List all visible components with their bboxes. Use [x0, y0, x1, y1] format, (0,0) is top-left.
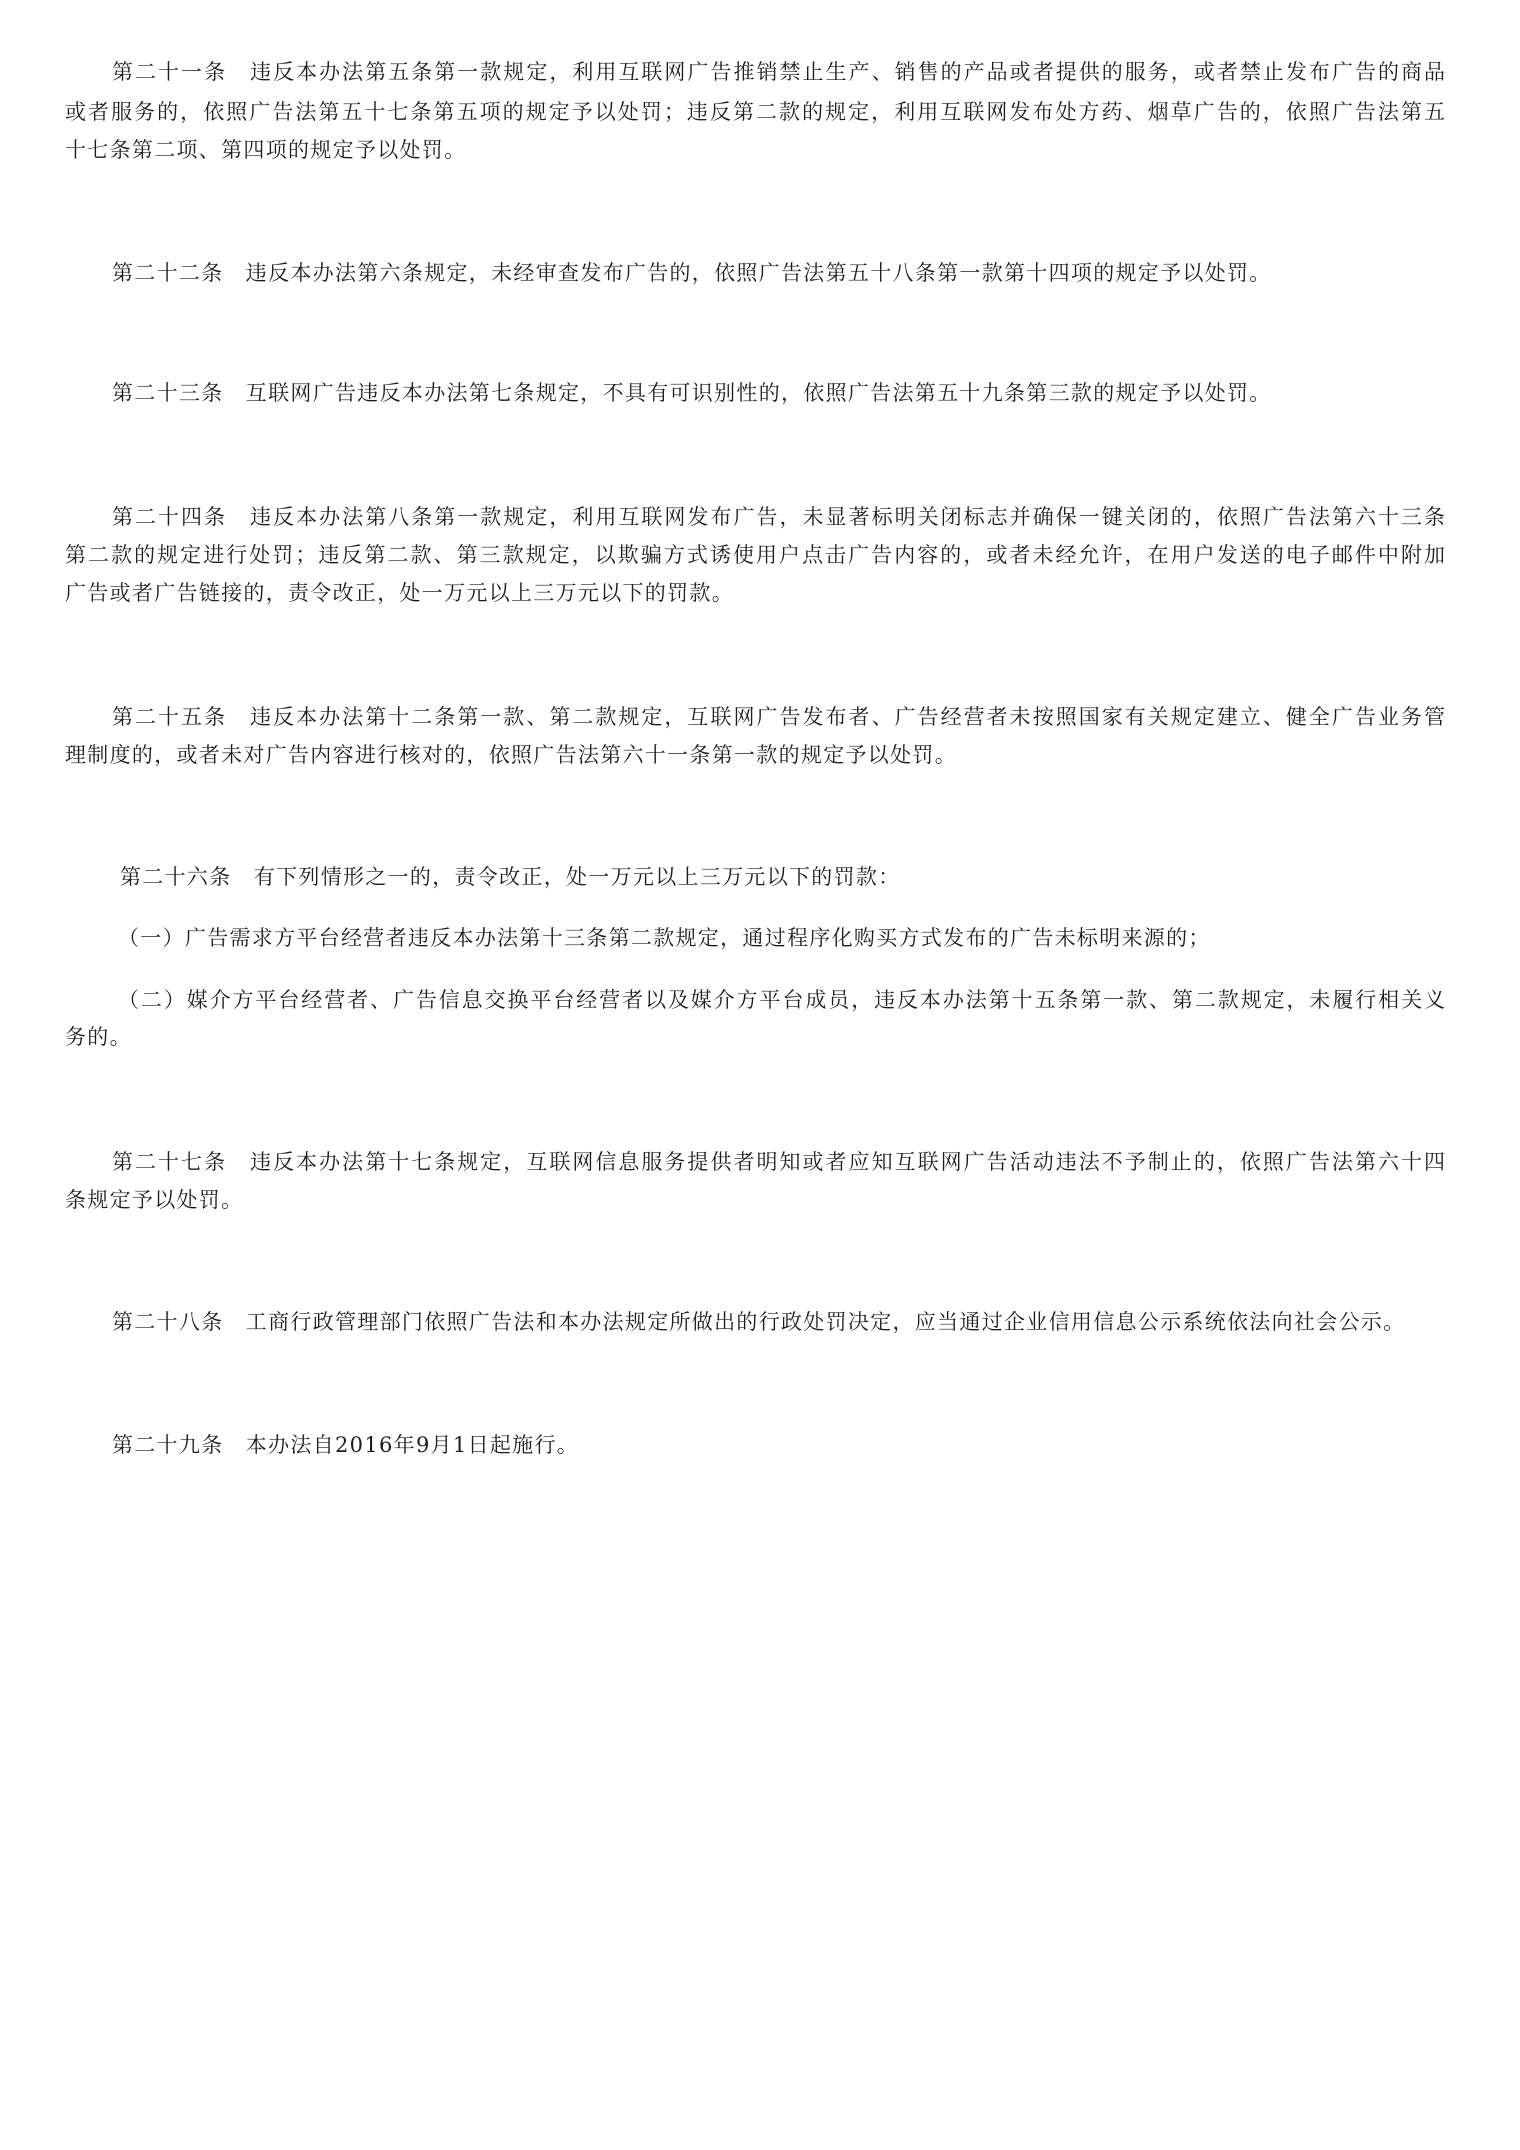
article-21-line-2: 或者服务的，依照广告法第五十七条第五项的规定予以处罚；违反第二款的规定，利用互联… — [65, 97, 1445, 127]
document-page: 第二十一条 违反本办法第五条第一款规定，利用互联网广告推销禁止生产、销售的产品或… — [0, 0, 1520, 2150]
article-22-line-1: 第二十二条 违反本办法第六条规定，未经审查发布广告的，依照广告法第五十八条第一款… — [112, 258, 1272, 288]
article-26-item-2-line-1: （二）媒介方平台经营者、广告信息交换平台经营者以及媒介方平台成员，违反本办法第十… — [118, 985, 1445, 1015]
article-26-item-2-line-2: 务的。 — [65, 1022, 132, 1052]
article-21-line-1: 第二十一条 违反本办法第五条第一款规定，利用互联网广告推销禁止生产、销售的产品或… — [112, 57, 1445, 87]
article-24-line-2: 第二款的规定进行处罚；违反第二款、第三款规定，以欺骗方式诱使用户点击广告内容的，… — [65, 540, 1445, 570]
article-26-item-1: （一）广告需求方平台经营者违反本办法第十三条第二款规定，通过程序化购买方式发布的… — [118, 923, 1211, 953]
article-25-line-2: 理制度的，或者未对广告内容进行核对的，依照广告法第六十一条第一款的规定予以处罚。 — [65, 740, 957, 770]
article-25-line-1: 第二十五条 违反本办法第十二条第一款、第二款规定，互联网广告发布者、广告经营者未… — [112, 702, 1445, 732]
article-28-line-1: 第二十八条 工商行政管理部门依照广告法和本办法规定所做出的行政处罚决定，应当通过… — [112, 1307, 1405, 1337]
article-27-line-1: 第二十七条 违反本办法第十七条规定，互联网信息服务提供者明知或者应知互联网广告活… — [112, 1147, 1445, 1177]
article-23-line-1: 第二十三条 互联网广告违反本办法第七条规定，不具有可识别性的，依照广告法第五十九… — [112, 378, 1272, 408]
article-26-line-1: 第二十六条 有下列情形之一的，责令改正，处一万元以上三万元以下的罚款： — [120, 862, 901, 892]
article-27-line-2: 条规定予以处罚。 — [65, 1185, 243, 1215]
article-29-line-1: 第二十九条 本办法自2016年9月1日起施行。 — [112, 1430, 579, 1460]
article-24-line-1: 第二十四条 违反本办法第八条第一款规定，利用互联网发布广告，未显著标明关闭标志并… — [112, 502, 1445, 532]
article-24-line-3: 广告或者广告链接的，责令改正，处一万元以上三万元以下的罚款。 — [65, 578, 734, 608]
article-21-line-3: 十七条第二项、第四项的规定予以处罚。 — [65, 135, 466, 165]
